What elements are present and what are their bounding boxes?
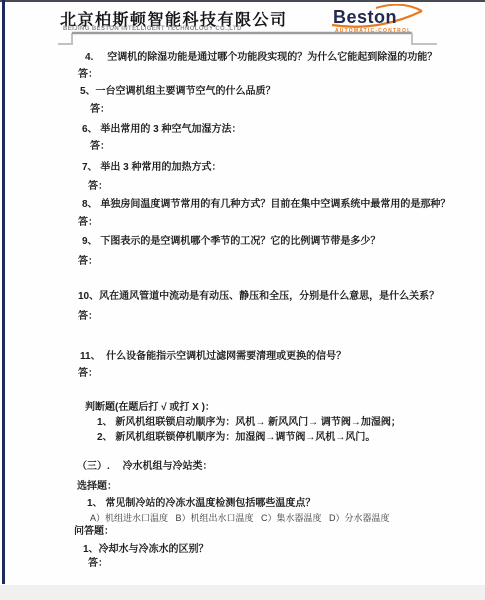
- judge-item-1: 1、 新风机组联锁启动顺序为：风机→ 新风风门→ 调节阀→加湿阀；: [97, 417, 401, 429]
- judge-section-title: 判断题(在题后打 √ 或打 X )：: [85, 402, 215, 414]
- answer-8: 答：: [78, 217, 98, 229]
- page-bottom-margin: [0, 585, 485, 600]
- page-left-border: [2, 0, 5, 584]
- choice-options: A）机组进水口温度 B）机组出水口温度 C）集水器温度 D）分水器温度: [90, 512, 390, 524]
- qa-question-1: 1、冷却水与冷冻水的区别？: [83, 544, 209, 556]
- choice-section-title: 选择题：: [77, 481, 117, 493]
- answer-11: 答：: [78, 368, 98, 380]
- answer-4: 答：: [78, 69, 98, 81]
- qa-section-title: 问答题：: [74, 526, 114, 538]
- section-3-title: （三）. 冷水机组与冷站类：: [77, 461, 213, 473]
- answer-7: 答：: [88, 181, 108, 193]
- answer-5: 答：: [90, 104, 110, 116]
- question-6: 6、 举出常用的 3 种空气加湿方法：: [82, 124, 241, 136]
- question-11: 11、 什么设备能指示空调机过滤网需要清理或更换的信号？: [80, 351, 346, 363]
- question-5: 5、一台空调机组主要调节空气的什么品质？: [80, 86, 276, 98]
- question-8: 8、 单独房间温度调节常用的有几种方式？目前在集中空调系统中最常用的是那种？: [82, 199, 450, 211]
- question-7: 7、 举出 3 种常用的加热方式：: [82, 162, 221, 174]
- answer-qa-1: 答：: [88, 558, 108, 570]
- document-page: 北京柏斯顿智能科技有限公司 BEIJING BESTON INTELLIGENT…: [0, 0, 485, 600]
- answer-10: 答：: [78, 311, 98, 323]
- header-divider-line: [0, 0, 485, 50]
- question-10: 10、风在通风管道中流动是有动压、静压和全压，分别是什么意思，是什么关系？: [78, 291, 439, 303]
- choice-question-1: 1、 常见制冷站的冷冻水温度检测包括哪些温度点？: [87, 498, 315, 510]
- judge-item-2: 2、 新风机组联锁停机顺序为：加湿阀→调节阀→风机→风门。: [97, 432, 375, 444]
- question-9: 9、 下图表示的是空调机哪个季节的工况？它的比例调节带是多少？: [82, 236, 380, 248]
- question-4: 4. 空调机的除湿功能是通过哪个功能段实现的？为什么它能起到除湿的功能？: [85, 52, 437, 64]
- answer-9: 答：: [78, 256, 98, 268]
- answer-6: 答：: [90, 141, 110, 153]
